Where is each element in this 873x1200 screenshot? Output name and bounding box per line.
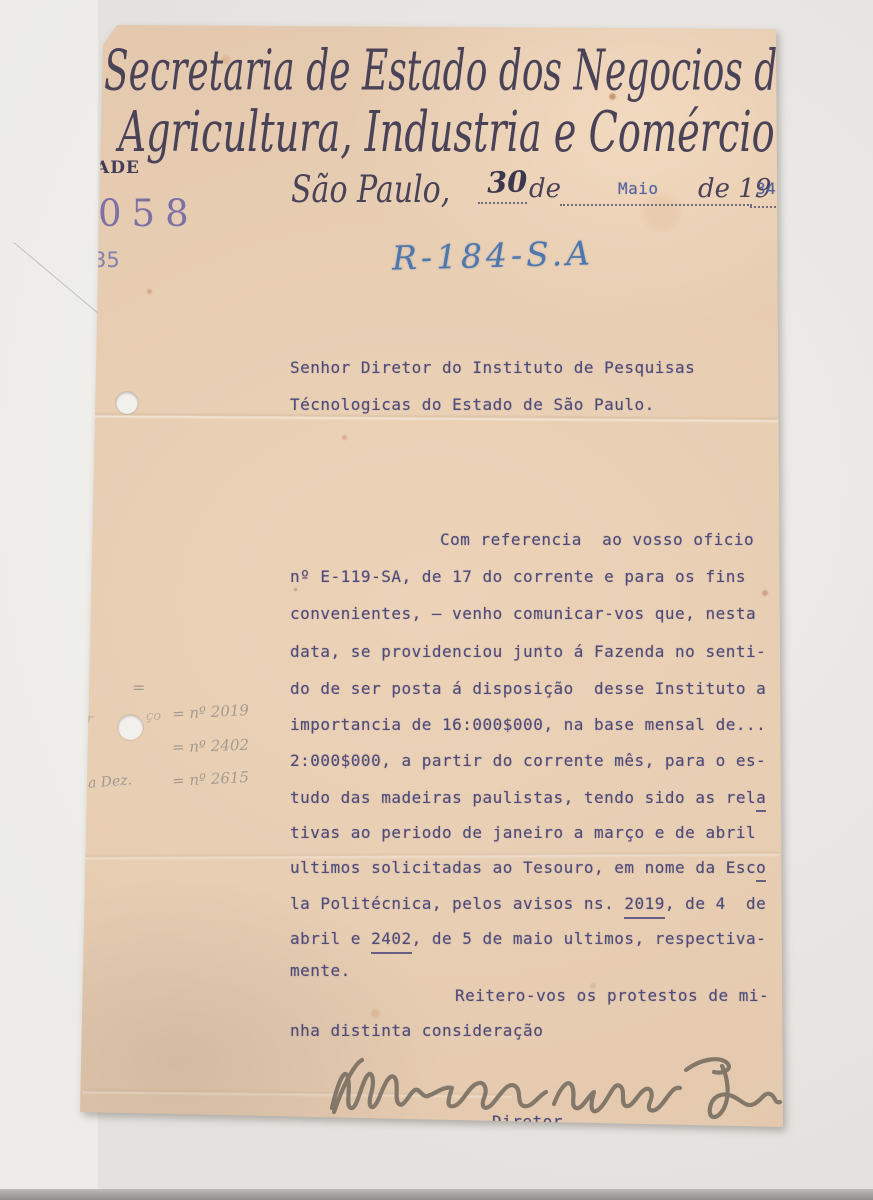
underline-2019 [624,917,665,919]
body-line: abril e 2402, de 5 de maio ultimos, resp… [290,929,766,948]
date-city: São Paulo, [291,168,450,212]
body-line: tudo das madeiras paulistas, tendo sido … [290,788,766,807]
body-line: Com referencia ao vosso oficio [440,530,754,549]
date-dotted-line-month [560,203,752,206]
body-line: Reitero-vos os protestos de mi- [455,986,769,1005]
body-line: convenientes, — venho comunicar-vos que,… [290,604,756,623]
body-line: nha distinta consideração [290,1021,543,1040]
edge-small-number: 35 [93,248,120,272]
letterhead-line-1: Secretaria de Estado dos Negocios da [104,40,764,104]
paper-shadow-wrap: Secretaria de Estado dos Negocios da Agr… [0,0,873,1200]
scanned-letter-screenshot: Secretaria de Estado dos Negocios da Agr… [0,0,873,1200]
recipient-line-2: Técnologicas do Estado de São Paulo. [290,395,655,414]
date-de: de [529,174,561,204]
body-line: data, se providenciou junto á Fazenda no… [290,642,766,661]
recipient-line-1: Senhor Diretor do Instituto de Pesquisas [290,358,695,377]
reference-code-handwritten: R-184-S.A [392,233,595,277]
body-line: nº E-119-SA, de 17 do corrente e para os… [290,567,746,586]
scan-bottom-edge [0,1189,873,1200]
signature-role-label: Diretor [492,1112,563,1131]
date-dotted-line-day [478,201,527,204]
date-day: 30 [486,164,528,199]
margin-note-fragment-right: ço [146,709,161,724]
body-line: importancia de 16:000$000, na base mensa… [290,715,766,734]
letter-paper: Secretaria de Estado dos Negocios da Agr… [0,0,873,1200]
body-line: mente. [290,961,351,980]
underline-rela-a [756,810,766,812]
date-year: 34 [756,179,776,198]
body-line: la Politécnica, pelos avisos ns. 2019, d… [290,894,766,913]
underline-esco-o [756,880,766,882]
body-line: 2:000$000, a partir do corrente mês, par… [290,751,766,770]
body-line: do de ser posta á disposição desse Insti… [290,679,766,698]
registry-number-stamp: 058 [98,192,199,235]
date-month: Maio [618,179,659,198]
margin-note-fragment-left: er [79,712,93,727]
date-dotted-line-year [750,205,792,208]
body-line: ultimos solicitadas ao Tesouro, em nome … [290,858,766,877]
letterhead-line-2: Agricultura, Industria e Comércio [118,100,753,165]
edge-truncated-word: ADE [96,158,140,178]
underline-2402 [371,952,412,954]
margin-note-equals: = [132,678,145,697]
punch-hole-top [116,392,138,414]
margin-note-2402: = nº 2402 [172,736,250,757]
punch-hole-bottom [118,715,143,740]
body-line: tivas ao periodo de janeiro a março e de… [290,823,756,842]
